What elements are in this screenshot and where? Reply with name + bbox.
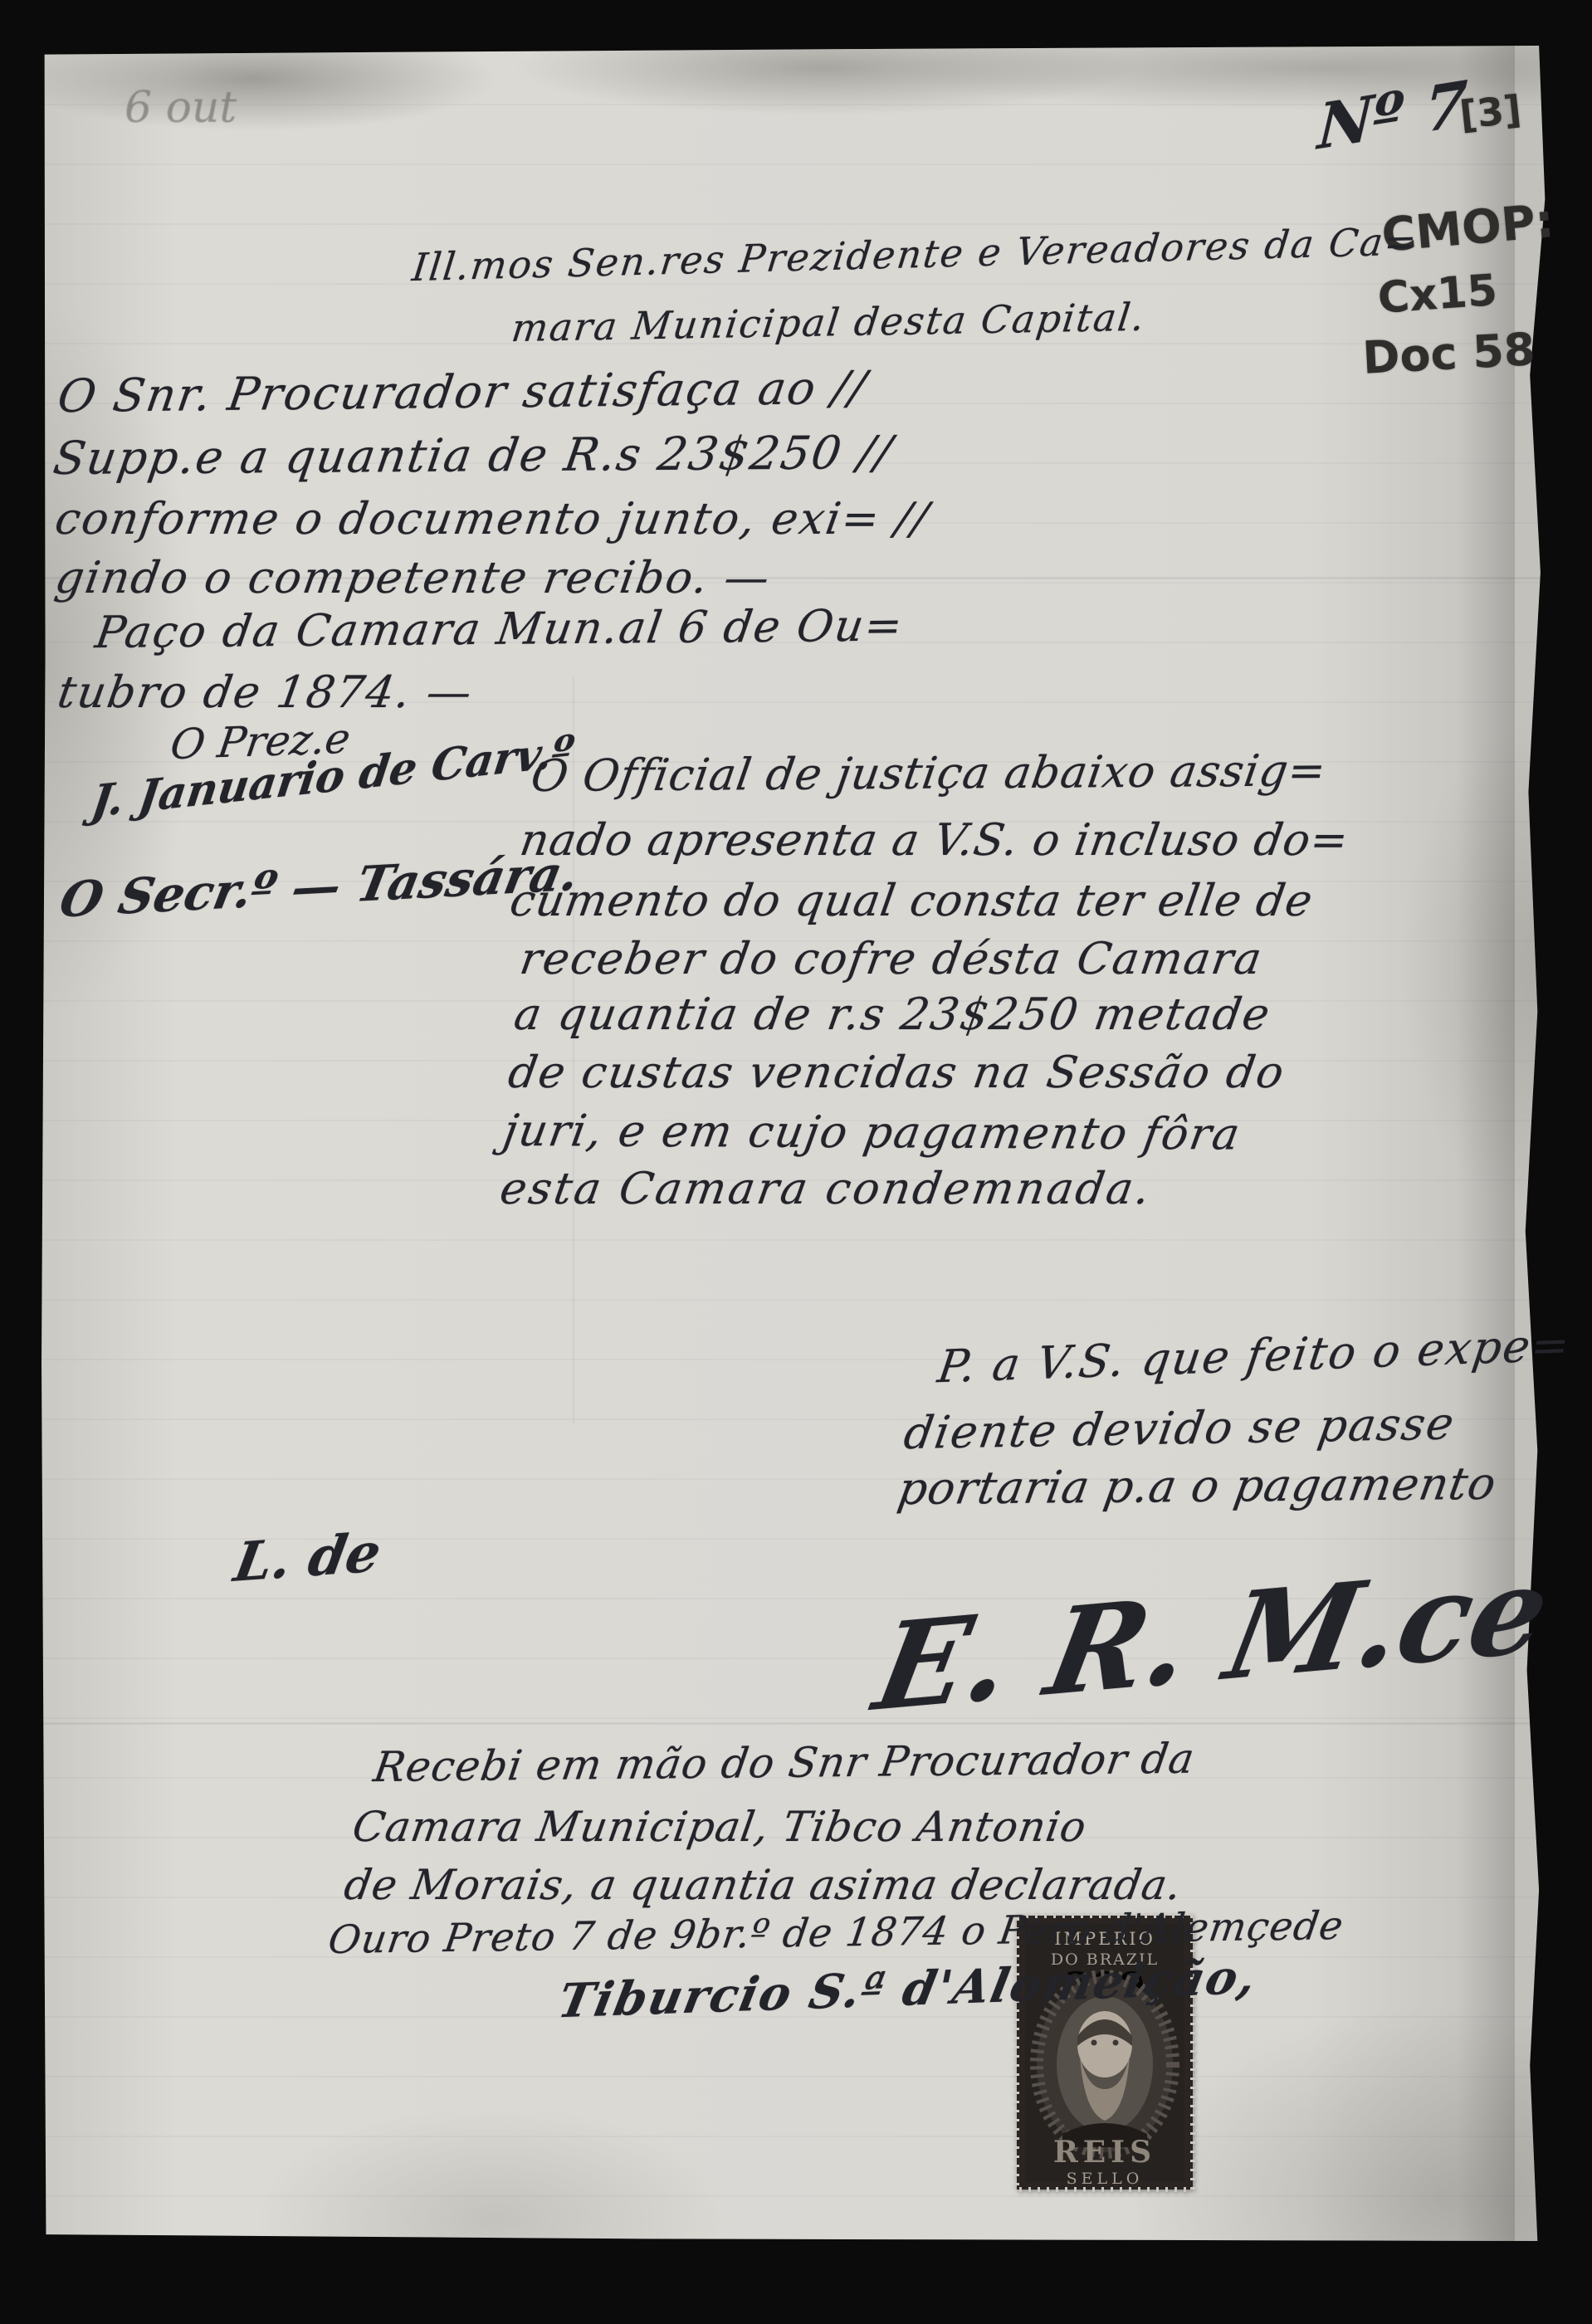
receipt-line-2: Camara Municipal, Tibco Antonio: [349, 1803, 1090, 1851]
petition-line-7: juri, e em cujo pagamento fôra: [500, 1106, 1245, 1160]
seen-mark: L. de: [230, 1521, 386, 1594]
stamp-currency: REIS: [1053, 2135, 1156, 2170]
petition-line-2: nado apresenta a V.S. o incluso do=: [516, 815, 1352, 866]
portrait-eye-right: [1113, 2040, 1119, 2046]
petition-line-5: a quantia de r.s 23$250 metade: [510, 989, 1274, 1040]
archive-bracket-note: [3]: [1458, 86, 1523, 137]
pencil-date-note: 6 out: [125, 83, 237, 133]
fold-crease: [42, 1722, 1548, 1725]
receipt-line-3: de Morais, a quantia asima declarada.: [341, 1861, 1185, 1909]
stamp-label: SELLO: [1067, 2170, 1144, 2188]
scanned-document: 6 out Nº 7 [3] CMOP: Cx15 Doc 58 Ill.mos…: [0, 0, 1592, 2324]
portrait-eye-left: [1091, 2040, 1097, 2046]
petition-line-1: O Official de justiça abaixo assig=: [528, 745, 1330, 802]
petition-line-3: cumento do qual consta ter elle de: [506, 876, 1316, 926]
petition-line-6: de custas vencidas na Sessão do: [505, 1047, 1288, 1098]
receipt-line-1: Recebi em mão do Snr Procurador da: [370, 1735, 1198, 1791]
dispatch-line-2: Supp.e a quantia de R.s 23$250 //: [50, 426, 896, 485]
request-line-3: portaria p.a o pagamento: [894, 1457, 1500, 1515]
dispatch-line-4: gindo o competente recibo. —: [51, 553, 774, 603]
dispatch-line-3: conforme o documento junto, exi= //: [51, 494, 933, 544]
archive-box-code: Cx15: [1376, 266, 1499, 324]
request-line-2: diente devido se passe: [901, 1397, 1459, 1459]
dispatch-line-1: O Snr. Procurador satisfaça ao //: [55, 361, 872, 422]
petition-line-4: receber do cofre désta Camara: [516, 934, 1267, 984]
dispatch-line-6: tubro de 1874. —: [54, 667, 476, 718]
petition-line-8: esta Camara condemnada.: [496, 1164, 1155, 1214]
archive-doc-code: Doc 58: [1361, 323, 1536, 384]
dispatch-line-5: Paço da Camara Mun.al 6 de Ou=: [92, 601, 907, 659]
